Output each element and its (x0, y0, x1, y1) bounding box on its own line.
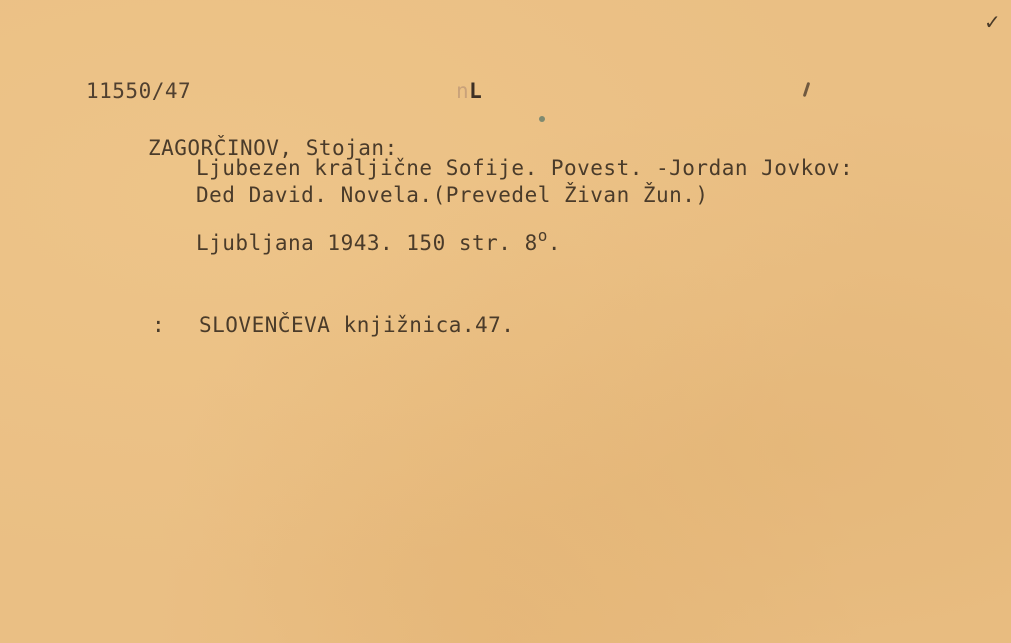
call-number: 11550/47 (86, 81, 191, 102)
imprint-end: . (548, 231, 561, 255)
ink-dot (539, 116, 545, 122)
check-mark-icon: ✓ (984, 10, 1001, 34)
pencil-mark (803, 82, 810, 97)
series-colon: : (152, 315, 199, 336)
imprint-text: Ljubljana 1943. 150 str. 8 (196, 231, 538, 255)
title-line-1: Ljubezen kraljične Sofije. Povest. -Jord… (196, 158, 853, 179)
format-superscript: o (538, 226, 548, 245)
location-mark: nL (456, 81, 482, 102)
title-line-2: Ded David. Novela.(Prevedel Živan Žun.) (196, 185, 709, 206)
location-mark-prefix: n (456, 79, 469, 103)
catalog-card: ✓ 11550/47 nL ZAGORČINOV, Stojan: Ljubez… (0, 0, 1011, 643)
location-mark-letter: L (469, 79, 482, 103)
imprint: Ljubljana 1943. 150 str. 8o. (196, 228, 561, 254)
series-text: SLOVENČEVA knjižnica.47. (199, 313, 514, 337)
series-statement: :SLOVENČEVA knjižnica.47. (152, 315, 514, 336)
